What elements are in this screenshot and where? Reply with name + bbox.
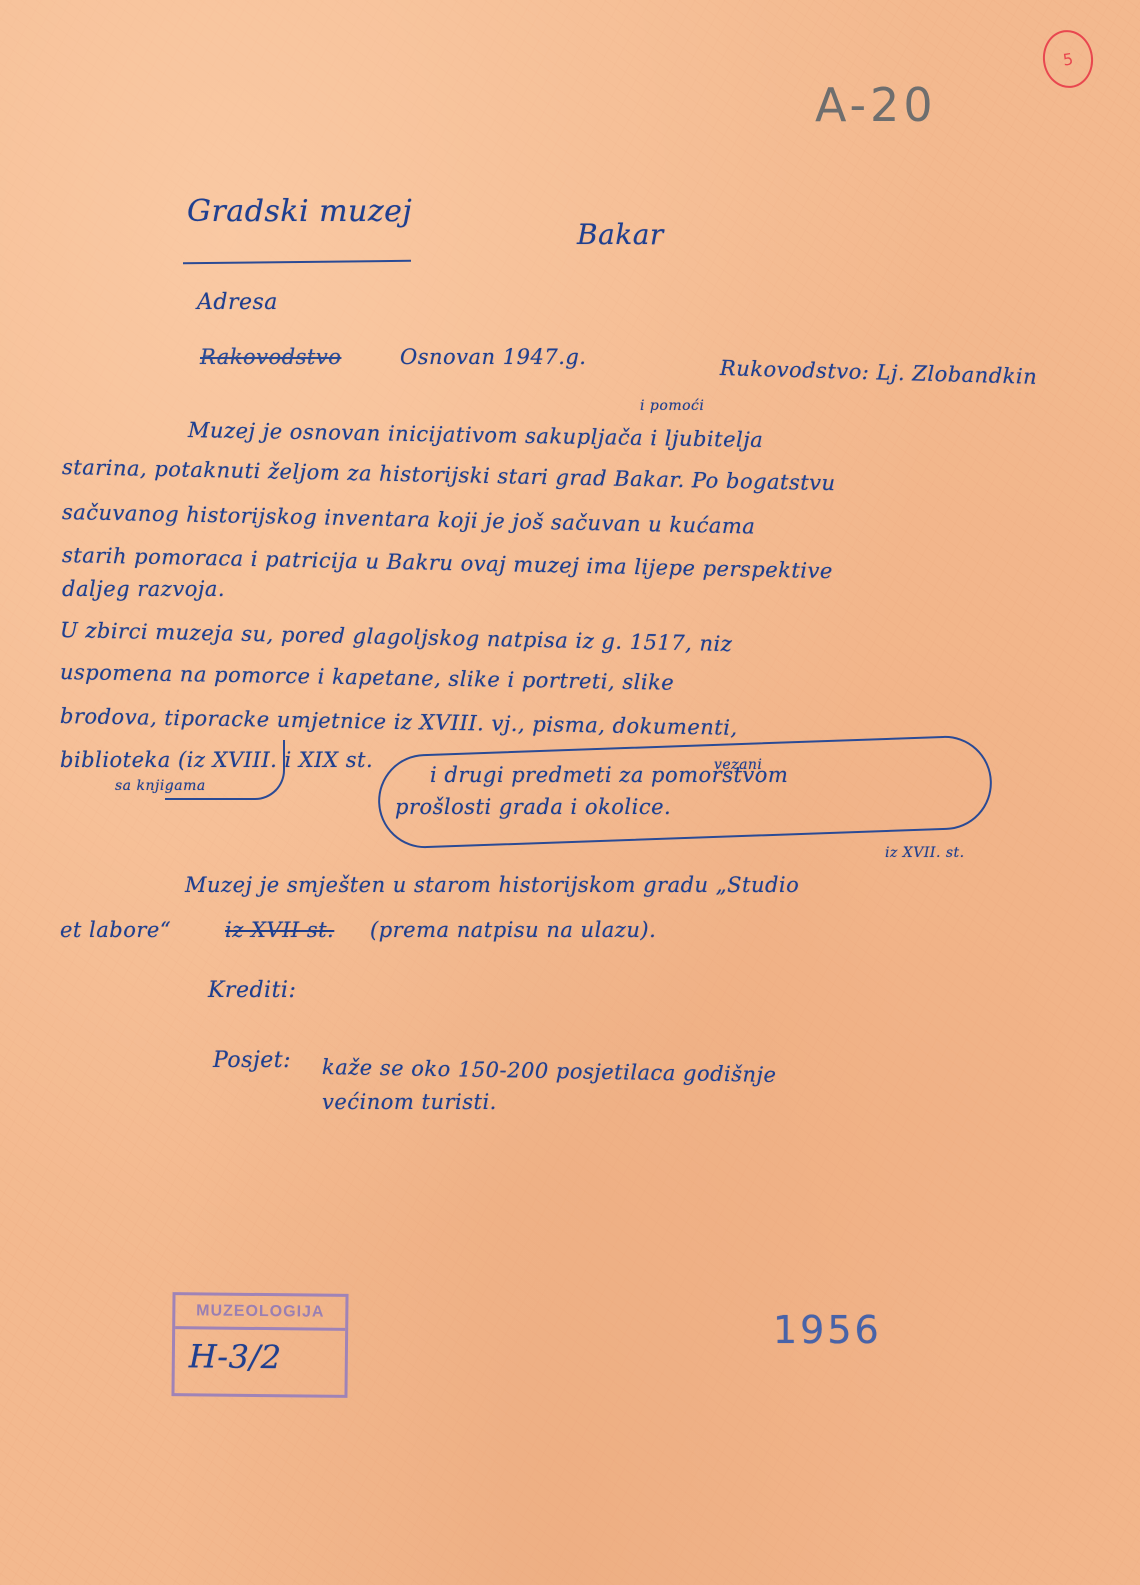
document-title: Gradski muzej [187,194,412,229]
muzeologija-stamp: MUZEOLOGIJA H-3/2 [171,1292,348,1398]
address-label: Adresa [197,290,278,315]
archival-document-page: 5 A-20 Gradski muzej Bakar Adresa Rakovo… [0,0,1140,1585]
paragraph-3-insertion: iz XVII. st. [885,845,965,861]
circled-passage-outline [377,734,994,849]
struck-text: Rakovodstvo [200,345,341,369]
year-note: 1956 [773,1308,882,1352]
paragraph-1-line-5: daljeg razvoja. [62,577,225,601]
page-marker-circle: 5 [1039,27,1097,91]
circled-line-1: i drugi predmeti za pomorstvom [430,763,788,787]
paragraph-3-closing: (prema natpisu na ulazu). [370,918,656,942]
paragraph-3-line-1: Muzej je smješten u starom historijskom … [185,873,799,897]
paragraph-3-struck-text: iz XVII st. [225,918,334,942]
paragraph-1-line-2: starina, potaknuti željom za historijski… [62,455,836,495]
paragraph-2-line-1: U zbirci muzeja su, pored glagoljskog na… [60,618,733,656]
bracket-note: sa knjigama [115,778,206,794]
stamp-body: H-3/2 [174,1329,345,1397]
stamp-number: H-3/2 [189,1337,282,1376]
visits-label: Posjet: [213,1048,291,1073]
paragraph-2-line-3: brodova, tiporacke umjetnice iz XVIII. v… [60,704,738,740]
paragraph-1-line-1: Muzej je osnovan inicijativom sakupljača… [188,418,764,452]
paragraph-1-line-3: sačuvanog historijskog inventara koji je… [62,500,756,539]
stamp-header: MUZEOLOGIJA [175,1295,345,1331]
credits-label: Krediti: [208,978,296,1003]
accession-code: A-20 [815,78,937,132]
circled-line-2: prošlosti grada i okolice. [395,795,671,819]
paragraph-2-line-2: uspomena na pomorce i kapetane, slike i … [60,660,675,695]
director-line: Rukovodstvo: Lj. Zlobandkin [720,356,1038,389]
city-name: Bakar [577,218,664,251]
visits-line-1: kaže se oko 150-200 posjetilaca godišnje [322,1055,777,1087]
insertion-above-text: i pomoći [640,398,704,414]
paragraph-3-line-2: et labore“ [60,918,171,942]
visits-line-2: većinom turisti. [322,1090,497,1114]
founding-date: Osnovan 1947.g. [400,345,586,369]
page-marker-number: 5 [1062,49,1075,69]
title-underline [183,260,411,264]
